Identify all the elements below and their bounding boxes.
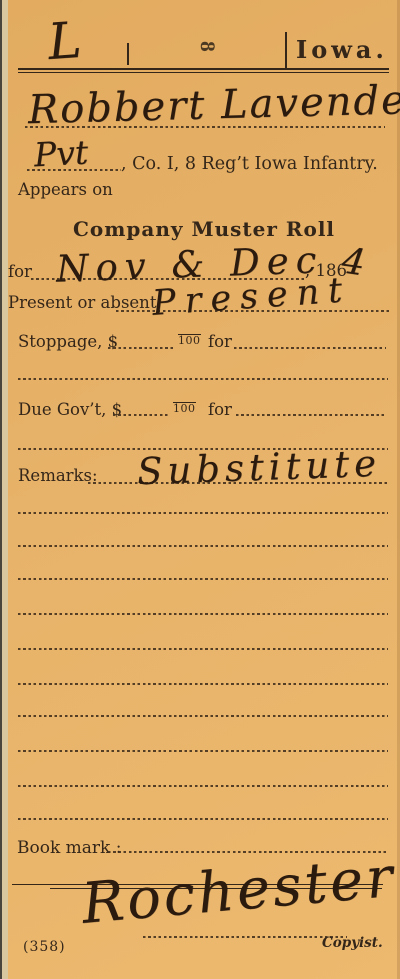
stoppage-label: Stoppage, $: [18, 332, 118, 351]
for-label: for: [8, 262, 32, 281]
due-cents-denominator: 100: [173, 402, 196, 414]
blank-ruled-line: [18, 545, 388, 547]
blank-ruled-line: [18, 683, 388, 685]
state-divider-bar: [285, 32, 287, 70]
remarks-script: Substitute: [136, 442, 381, 493]
blank-ruled-line: [18, 715, 388, 717]
signature-ruled-line: [143, 936, 347, 938]
book-mark-label: Book mark :: [17, 838, 121, 858]
unit-printed-text: , Co. I, 8 Reg’t Iowa Infantry.: [121, 154, 378, 174]
blank-ruled-line: [18, 648, 388, 650]
year-digit-script: 4: [339, 241, 367, 285]
due-govt-label: Due Gov’t, $: [18, 400, 122, 419]
blank-ruled-line: [18, 818, 388, 820]
header-divider-bar: [127, 43, 129, 65]
copyist-label: Copyist.: [322, 935, 383, 951]
appears-on-label: Appears on: [18, 180, 113, 199]
name-ruled-line: [25, 126, 385, 128]
stoppage-for-word: for: [208, 332, 232, 351]
remarks-label: Remarks:: [18, 466, 98, 485]
blank-ruled-line: [18, 512, 388, 514]
due-for-word: for: [208, 400, 232, 419]
stoppage-amount-line: [108, 347, 174, 349]
regiment-number: 8: [197, 41, 219, 52]
blank-ruled-line: [18, 378, 388, 380]
card-left-edge: [2, 0, 8, 979]
soldier-name-script: Robbert Lavender: [27, 77, 400, 133]
blank-ruled-line: [18, 750, 388, 752]
stoppage-cents-denominator: 100: [178, 334, 201, 346]
blank-ruled-line: [18, 785, 388, 787]
stoppage-reason-line: [234, 347, 386, 349]
blank-ruled-line: [18, 578, 388, 580]
blank-ruled-line: [18, 613, 388, 615]
muster-roll-title: Company Muster Roll: [0, 217, 400, 241]
rank-ruled-line: [27, 169, 121, 171]
header-rule-bottom: [18, 72, 389, 73]
copyist-signature-script: Rochester: [79, 845, 398, 937]
filing-letter-script: L: [46, 11, 83, 71]
plate-number: (358): [23, 939, 66, 955]
due-amount-line: [113, 414, 170, 416]
state-label: Iowa.: [296, 35, 388, 64]
due-reason-line: [236, 414, 386, 416]
header-rule-top: [18, 68, 389, 70]
muster-roll-card: L 8 Iowa. Robbert Lavender Pvt , Co. I, …: [0, 0, 400, 979]
